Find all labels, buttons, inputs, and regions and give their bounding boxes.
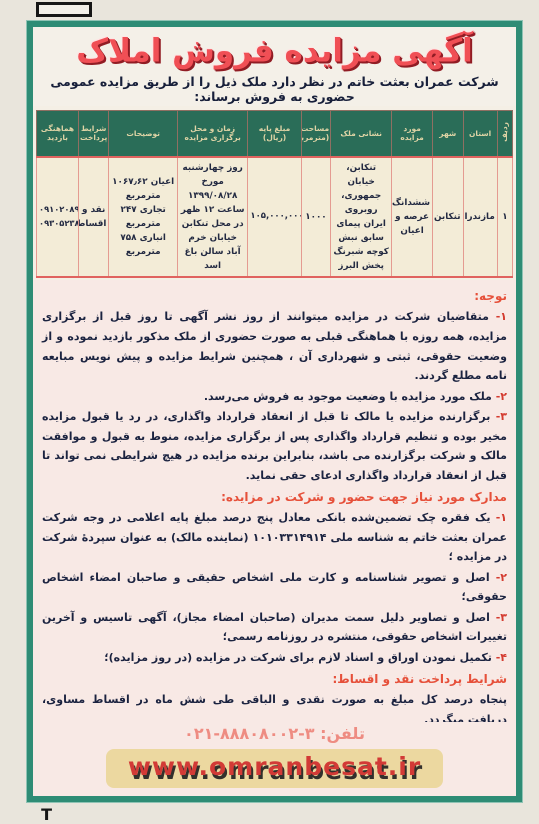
cell-radif: ۱ [497, 157, 512, 278]
note-text: ملک مورد مزایده با وضعیت موجود به فروش م… [204, 390, 492, 403]
cell-area: ۱۰۰۰ [301, 157, 331, 278]
cell-time-place: روز چهارشنبه مورخ ۱۳۹۹/۰۸/۲۸ ساعت ۱۲ ظهر… [177, 157, 247, 278]
cell-province: مازندران [463, 157, 497, 278]
doc-text: تکمیل نمودن اوراق و اسناد لازم برای شرکت… [104, 651, 492, 664]
col-header-details: توضیحات [109, 111, 178, 157]
note-item-2: ۲ملک مورد مزایده با وضعیت موجود به فروش … [42, 387, 507, 407]
base-price-value: ۱۰۵,۰۰۰,۰۰۰,۰۰۰ [250, 210, 298, 224]
col-header-radif: ردیف [497, 111, 512, 157]
ad-title: آگهی مزایده فروش املاک [39, 32, 510, 70]
note-number: ۳ [490, 410, 507, 423]
col-header-time-place: زمان و محل برگزاری مزایده [177, 111, 247, 157]
doc-item-4: ۴تکمیل نمودن اوراق و اسناد لازم برای شرک… [42, 648, 507, 668]
cell-visit-phones: ۰۹۱۰۲۰۸۹۱۷۱ ۰۹۳۰۵۲۳۸۳۵۲ [37, 157, 79, 278]
visit-phone-2: ۰۹۳۰۵۲۳۸۳۵۲ [39, 217, 76, 230]
col-header-item: مورد مزایده [392, 111, 433, 157]
website-url: www.omranbesat.ir [106, 749, 443, 788]
payment-text: پنجاه درصد کل مبلغ به صورت نقدی و الباقی… [42, 690, 507, 722]
auction-table-wrap: ردیف استان شهر مورد مزایده نشانی ملک مسا… [33, 106, 516, 280]
col-header-address: نشانی ملک [331, 111, 392, 157]
col-header-area: مساحت (مترمربع) [301, 111, 331, 157]
note-text: متقاضیان شرکت در مزایده میتوانند از روز … [42, 310, 507, 382]
doc-text: یک فقره چک تضمین‌شده بانکی معادل پنج درص… [42, 511, 507, 563]
note-number: ۱ [489, 310, 507, 323]
cell-city: تنکابن [433, 157, 463, 278]
page-bottom-mark: T [38, 807, 52, 823]
doc-item-3: ۳اصل و تصاویر دلیل سمت مدیران (صاحبان ام… [42, 608, 507, 647]
doc-text: اصل و تصویر شناسنامه و کارت ملی اشخاص حق… [42, 571, 507, 604]
col-header-visit: هماهنگی بازدید [37, 111, 79, 157]
doc-item-2: ۲اصل و تصویر شناسنامه و کارت ملی اشخاص ح… [42, 568, 507, 607]
col-header-city: شهر [433, 111, 463, 157]
note-item-3: ۳برگزارنده مزایده یا مالک تا قبل از انعق… [42, 407, 507, 485]
notes-section: هر ارتباط توجه: ۱متقاضیان شرکت در مزایده… [33, 280, 516, 722]
newspaper-page: { "title": "آگهی مزایده فروش املاک", "su… [0, 0, 539, 824]
auction-table: ردیف استان شهر مورد مزایده نشانی ملک مسا… [36, 110, 513, 278]
cell-payment: نقد و اقساط [78, 157, 108, 278]
notes-heading: توجه: [42, 286, 507, 306]
phone-row: تلفن: ۰۲۱-۸۸۸۰۸۰۰۲-۳ [33, 724, 516, 743]
auction-ad-frame: آگهی مزایده فروش املاک شرکت عمران بعثت خ… [27, 21, 522, 802]
phone-label: تلفن: [320, 724, 365, 743]
payment-heading: شرایط پرداخت نقد و اقساط: [42, 669, 507, 689]
doc-text: اصل و تصاویر دلیل سمت مدیران (صاحبان امض… [42, 611, 507, 644]
docs-heading: مدارک مورد نیاز جهت حضور و شرکت در مزاید… [42, 487, 507, 507]
visit-phone-1: ۰۹۱۰۲۰۸۹۱۷۱ [39, 203, 76, 216]
ad-footer: تلفن: ۰۲۱-۸۸۸۰۸۰۰۲-۳ www.omranbesat.ir [33, 722, 516, 796]
note-text: برگزارنده مزایده یا مالک تا قبل از انعقا… [42, 410, 507, 482]
adjacent-page-mark [36, 2, 92, 17]
table-header-row: ردیف استان شهر مورد مزایده نشانی ملک مسا… [37, 111, 513, 157]
cell-address: تنکابن، خیابان جمهوری، روبروی ایران پیما… [331, 157, 392, 278]
cell-details: اعیان ۱۰۶۷٫۶۲ مترمربع تجاری ۲۴۷ مترمربع … [109, 157, 178, 278]
cell-price: ۱۰۵,۰۰۰,۰۰۰,۰۰۰ [248, 157, 301, 278]
ad-subtitle: شرکت عمران بعثت خاتم در نظر دارد ملک ذیل… [39, 74, 510, 104]
doc-number: ۱ [490, 511, 507, 524]
ad-header: آگهی مزایده فروش املاک شرکت عمران بعثت خ… [33, 27, 516, 106]
table-row: ۱ مازندران تنکابن ششدانگ عرصه و اعیان تن… [37, 157, 513, 278]
phone-number: ۰۲۱-۸۸۸۰۸۰۰۲-۳ [184, 724, 314, 743]
note-item-1: ۱متقاضیان شرکت در مزایده میتوانند از روز… [42, 307, 507, 385]
col-header-price: مبلغ پایه (ریال) [248, 111, 301, 157]
doc-number: ۳ [490, 611, 507, 624]
doc-item-1: ۱یک فقره چک تضمین‌شده بانکی معادل پنج در… [42, 508, 507, 567]
note-number: ۲ [492, 390, 507, 403]
col-header-payment: شرایط پرداخت [78, 111, 108, 157]
cell-item: ششدانگ عرصه و اعیان [392, 157, 433, 278]
doc-number: ۲ [490, 571, 507, 584]
doc-number: ۴ [492, 651, 507, 664]
col-header-province: استان [463, 111, 497, 157]
